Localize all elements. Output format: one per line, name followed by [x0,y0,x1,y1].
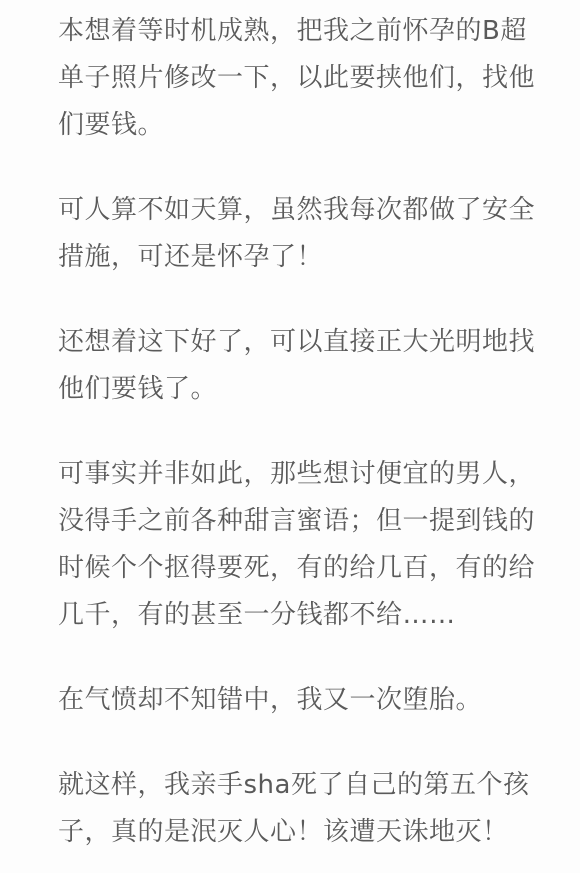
text-line: 措施，可还是怀孕了！ [58,234,534,281]
text-line: 就这样，我亲手sha死了自己的第五个孩 [58,762,534,809]
text-line: 他们要钱了。 [58,366,534,413]
paragraph: 就这样，我亲手sha死了自己的第五个孩子，真的是泯灭人心！该遭天诛地灭！ [58,762,534,856]
paragraph: 还想着这下好了，可以直接正大光明地找他们要钱了。 [58,319,534,413]
paragraph: 可事实并非如此，那些想讨便宜的男人，没得手之前各种甜言蜜语；但一提到钱的时候个个… [58,451,534,639]
article-text: 本想着等时机成熟，把我之前怀孕的B超单子照片修改一下，以此要挟他们，找他们要钱。… [0,0,580,856]
text-line: 没得手之前各种甜言蜜语；但一提到钱的 [58,498,534,545]
paragraph: 在气愤却不知错中，我又一次堕胎。 [58,677,534,724]
text-line: 在气愤却不知错中，我又一次堕胎。 [58,677,534,724]
text-line: 单子照片修改一下，以此要挟他们，找他 [58,55,534,102]
text-line: 可事实并非如此，那些想讨便宜的男人， [58,451,534,498]
text-line: 还想着这下好了，可以直接正大光明地找 [58,319,534,366]
paragraph: 可人算不如天算，虽然我每次都做了安全措施，可还是怀孕了！ [58,187,534,281]
paragraph: 本想着等时机成熟，把我之前怀孕的B超单子照片修改一下，以此要挟他们，找他们要钱。 [58,8,534,149]
text-line: 几千，有的甚至一分钱都不给…… [58,592,534,639]
text-line: 子，真的是泯灭人心！该遭天诛地灭！ [58,809,534,856]
text-line: 本想着等时机成熟，把我之前怀孕的B超 [58,8,534,55]
text-line: 们要钱。 [58,102,534,149]
text-line: 可人算不如天算，虽然我每次都做了安全 [58,187,534,234]
text-line: 时候个个抠得要死，有的给几百，有的给 [58,545,534,592]
